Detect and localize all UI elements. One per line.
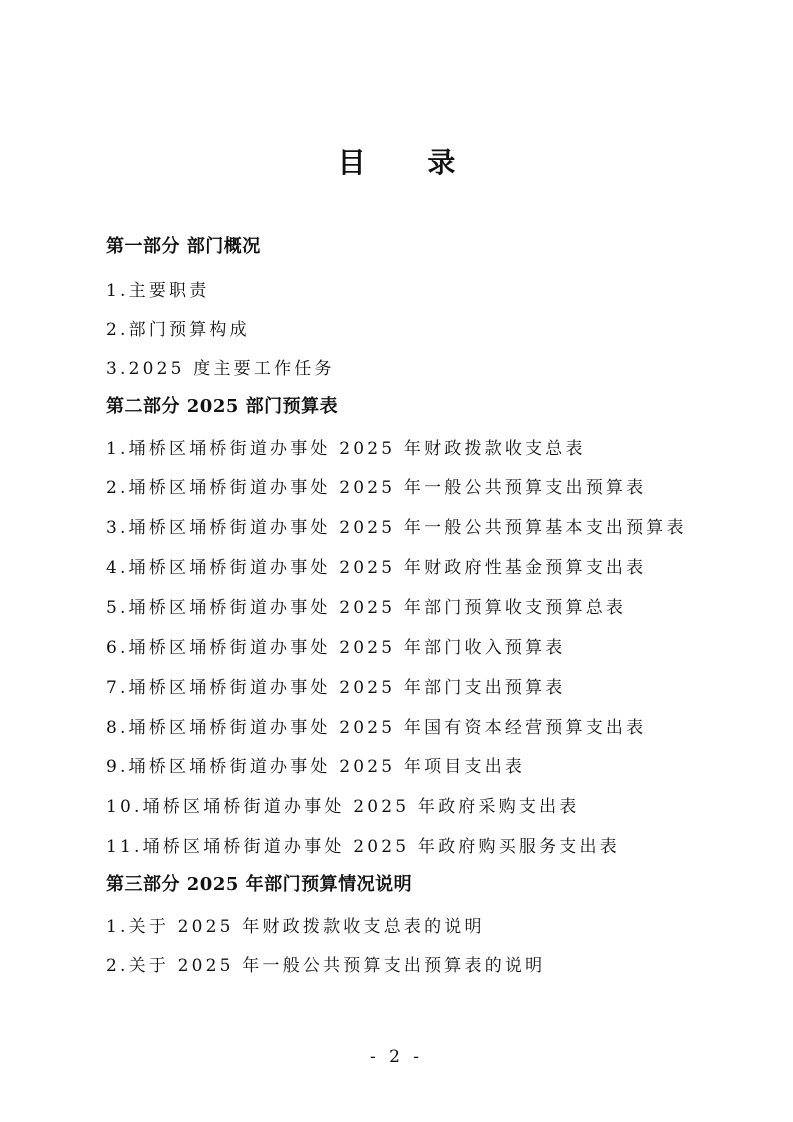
toc-part3-item-1[interactable]: 1.关于 2025 年财政拨款收支总表的说明	[106, 915, 485, 939]
toc-part2-item-4[interactable]: 4.埇桥区埇桥街道办事处 2025 年财政府性基金预算支出表	[106, 556, 646, 580]
toc-part2-item-7[interactable]: 7.埇桥区埇桥街道办事处 2025 年部门支出预算表	[106, 676, 566, 700]
toc-part2-item-11[interactable]: 11.埇桥区埇桥街道办事处 2025 年政府购买服务支出表	[106, 835, 620, 859]
toc-part1-item-2[interactable]: 2.部门预算构成	[106, 318, 250, 342]
toc-part2-item-8[interactable]: 8.埇桥区埇桥街道办事处 2025 年国有资本经营预算支出表	[106, 716, 646, 740]
toc-part2-item-10[interactable]: 10.埇桥区埇桥街道办事处 2025 年政府采购支出表	[106, 795, 580, 819]
toc-part3-item-2[interactable]: 2.关于 2025 年一般公共预算支出预算表的说明	[106, 954, 545, 978]
toc-part1-heading[interactable]: 第一部分 部门概况	[106, 235, 261, 259]
toc-part2-item-2[interactable]: 2.埇桥区埇桥街道办事处 2025 年一般公共预算支出预算表	[106, 476, 646, 500]
page-title: 目 录	[0, 143, 793, 183]
toc-part2-item-6[interactable]: 6.埇桥区埇桥街道办事处 2025 年部门收入预算表	[106, 636, 566, 660]
toc-part2-item-1[interactable]: 1.埇桥区埇桥街道办事处 2025 年财政拨款收支总表	[106, 437, 586, 461]
toc-part1-item-1[interactable]: 1.主要职责	[106, 279, 209, 303]
toc-part2-item-9[interactable]: 9.埇桥区埇桥街道办事处 2025 年项目支出表	[106, 755, 525, 779]
toc-part2-item-3[interactable]: 3.埇桥区埇桥街道办事处 2025 年一般公共预算基本支出预算表	[106, 516, 687, 540]
toc-part3-heading[interactable]: 第三部分 2025 年部门预算情况说明	[106, 873, 412, 897]
document-page: 目 录 第一部分 部门概况 1.主要职责 2.部门预算构成 3.2025 度主要…	[0, 0, 793, 1122]
toc-part2-heading[interactable]: 第二部分 2025 部门预算表	[106, 395, 338, 419]
toc-part2-item-5[interactable]: 5.埇桥区埇桥街道办事处 2025 年部门预算收支预算总表	[106, 596, 626, 620]
page-number: - 2 -	[0, 1045, 793, 1069]
toc-part1-item-3[interactable]: 3.2025 度主要工作任务	[106, 357, 335, 381]
